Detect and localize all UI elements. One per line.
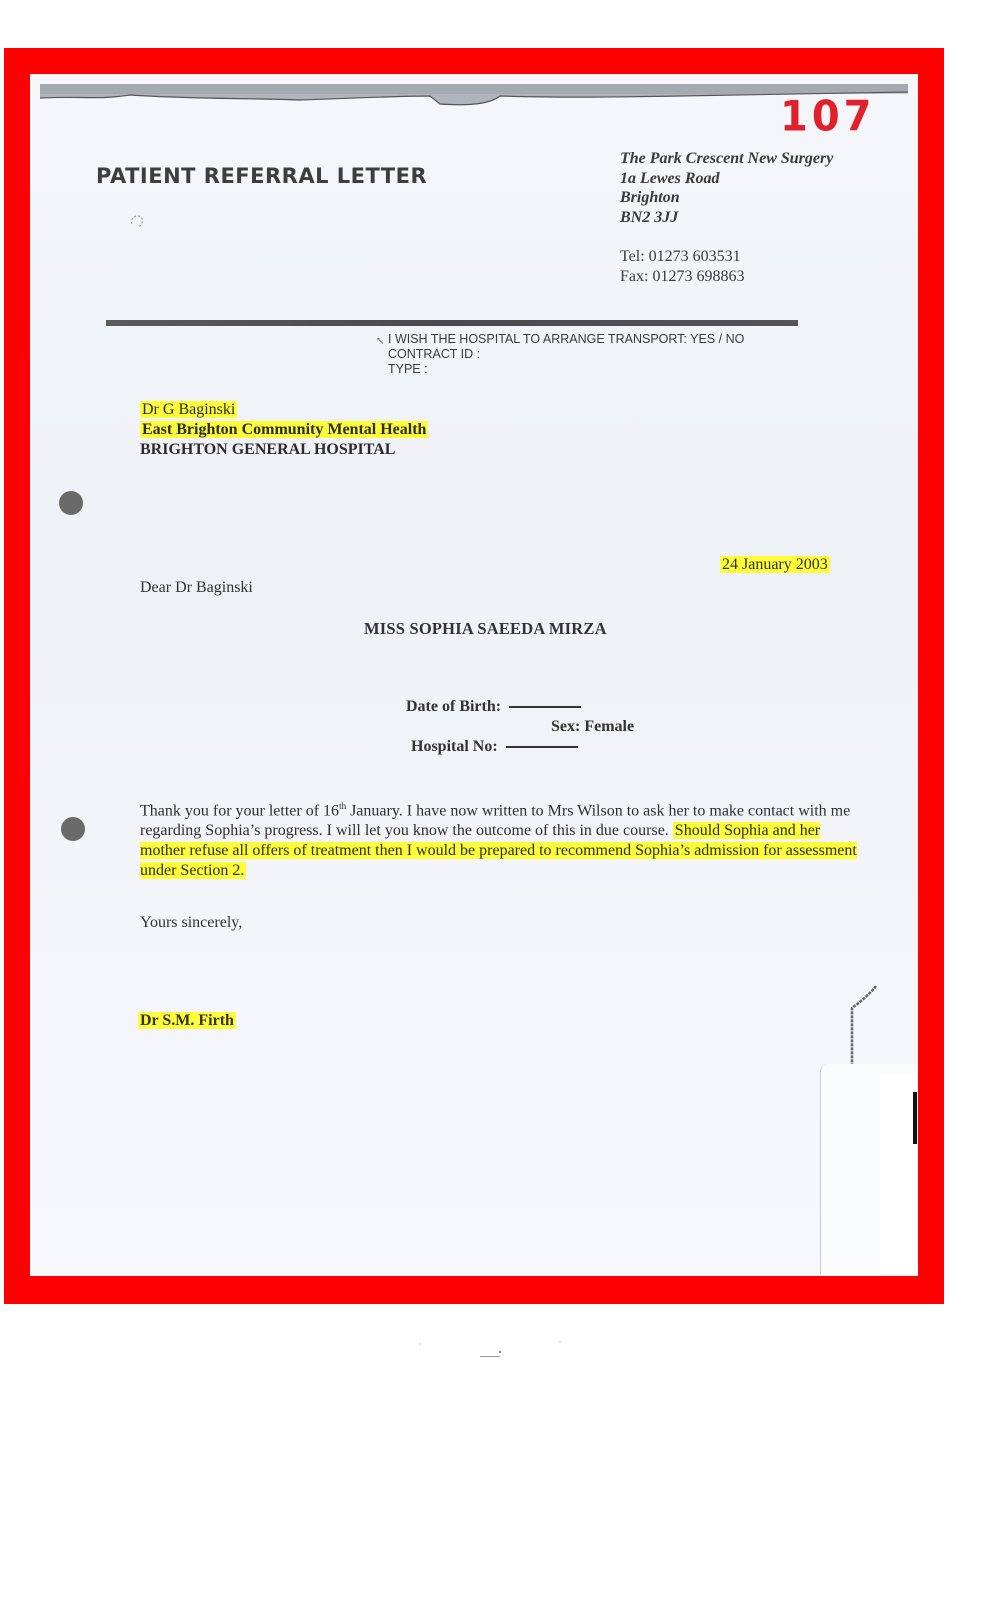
hospital-no-field: Hospital No: xyxy=(411,738,578,756)
patient-name: MISS SOPHIA SAEEDA MIRZA xyxy=(364,619,607,639)
signature-name: Dr S.M. Firth xyxy=(138,1012,236,1029)
sender-contact: Tel: 01273 603531 Fax: 01273 698863 xyxy=(620,247,744,286)
letter-body: Thank you for your letter of 16th Januar… xyxy=(140,796,860,881)
dob-field: Date of Birth: xyxy=(406,698,581,716)
transport-section: I WISH THE HOSPITAL TO ARRANGE TRANSPORT… xyxy=(388,332,744,377)
punch-hole xyxy=(61,817,85,841)
scan-mark-icon xyxy=(128,212,148,232)
address-line: 1a Lewes Road xyxy=(620,169,833,189)
body-text: Thank you for your letter of 16 xyxy=(140,802,339,819)
torn-edge-scan-artifact xyxy=(40,84,908,106)
letter-page: 107 PATIENT REFERRAL LETTER The Park Cre… xyxy=(30,74,918,1276)
dob-blank xyxy=(509,706,581,708)
recipient-name: Dr G Baginski xyxy=(140,401,237,418)
contract-id-label: CONTRACT ID : xyxy=(388,347,744,362)
date-text: 24 January 2003 xyxy=(720,556,830,573)
paper-crease xyxy=(840,984,880,1074)
tick-mark-icon: ↖ xyxy=(376,336,384,347)
dob-label: Date of Birth: xyxy=(406,698,501,715)
telephone: Tel: 01273 603531 xyxy=(620,247,744,267)
handwritten-page-number: 107 xyxy=(780,93,876,141)
address-line: Brighton xyxy=(620,188,833,208)
sender-address: The Park Crescent New Surgery 1a Lewes R… xyxy=(620,149,833,227)
address-line: The Park Crescent New Surgery xyxy=(620,149,833,169)
address-line: BN2 3JJ xyxy=(620,208,833,228)
salutation: Dear Dr Baginski xyxy=(140,579,253,597)
hospital-no-label: Hospital No: xyxy=(411,738,498,755)
type-label: TYPE : xyxy=(388,362,744,377)
scan-edge-artifact xyxy=(913,1092,917,1144)
punch-hole xyxy=(59,491,83,515)
closing: Yours sincerely, xyxy=(140,914,242,932)
transport-request: I WISH THE HOSPITAL TO ARRANGE TRANSPORT… xyxy=(388,332,744,347)
hospital-no-blank xyxy=(506,746,578,748)
letter-date: 24 January 2003 xyxy=(720,556,830,574)
signature: Dr S.M. Firth xyxy=(138,1012,236,1030)
recipient-hospital: BRIGHTON GENERAL HOSPITAL xyxy=(140,440,428,460)
document-title: PATIENT REFERRAL LETTER xyxy=(96,164,427,188)
recipient-block: Dr G Baginski East Brighton Community Me… xyxy=(140,400,428,460)
header-divider xyxy=(106,320,798,326)
fax: Fax: 01273 698863 xyxy=(620,267,744,287)
sex-field: Sex: Female xyxy=(551,718,634,736)
scan-noise xyxy=(380,1336,600,1376)
recipient-department: East Brighton Community Mental Health xyxy=(140,421,428,438)
